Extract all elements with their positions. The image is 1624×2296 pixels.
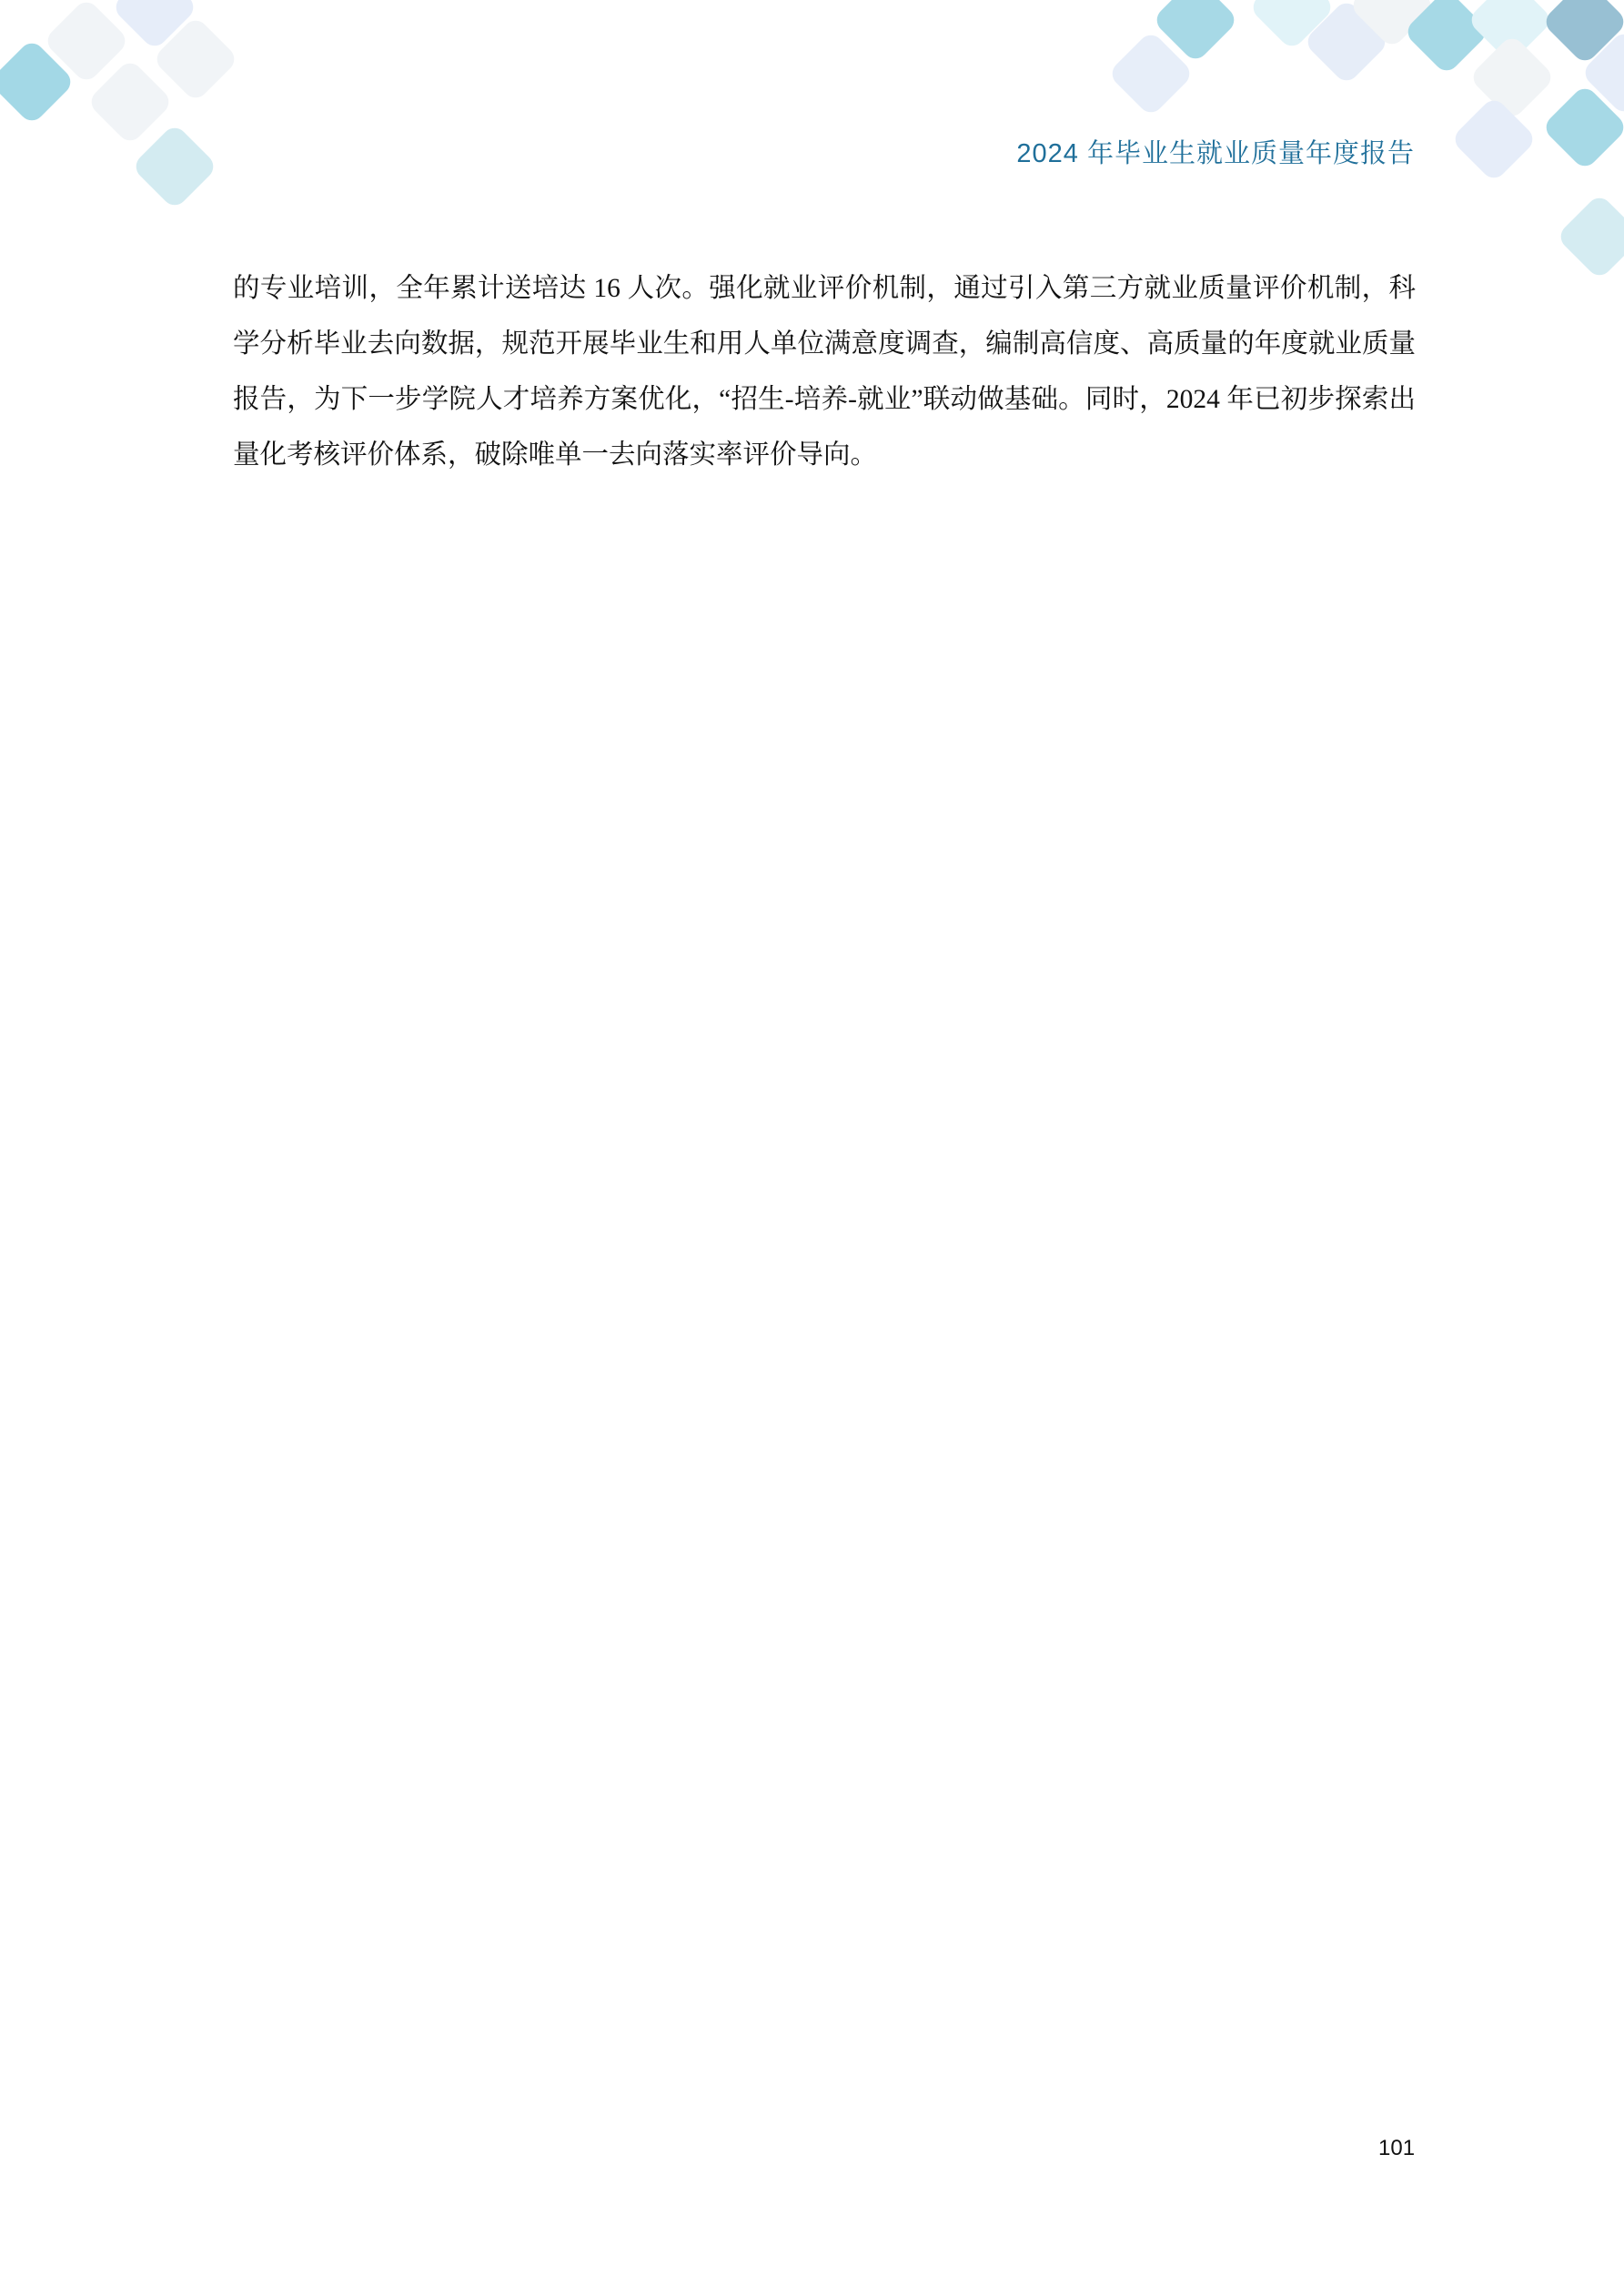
decorative-tile [1580,29,1624,116]
decorative-tile [0,38,76,126]
decorative-tile [1468,34,1556,121]
decorative-tile [1541,84,1624,171]
running-header-title: 2024 年毕业生就业质量年度报告 [1016,133,1415,170]
body-text: 的专业培训，全年累计送培达 16 人次。强化就业评价机制，通过引入第三方就业质量… [233,261,1416,483]
decorative-tile [43,0,130,85]
decorative-tile [1403,0,1490,76]
page-number: 101 [1378,2136,1415,2161]
decorative-tile [131,123,218,210]
decorative-tile [1303,0,1390,86]
decorative-tile [1248,0,1336,51]
decorative-tile [152,15,239,103]
decorative-tile [1450,96,1538,183]
decorative-tile [1348,0,1436,49]
decorative-tile [1541,0,1624,66]
decorative-tile [1107,30,1195,117]
decorative-tile [1556,193,1624,280]
decorative-tile [86,58,174,146]
body-paragraph: 的专业培训，全年累计送培达 16 人次。强化就业评价机制，通过引入第三方就业质量… [233,261,1416,483]
decorative-tile [1152,0,1239,64]
decorative-tile [1467,0,1554,64]
decorative-tile [111,0,198,51]
